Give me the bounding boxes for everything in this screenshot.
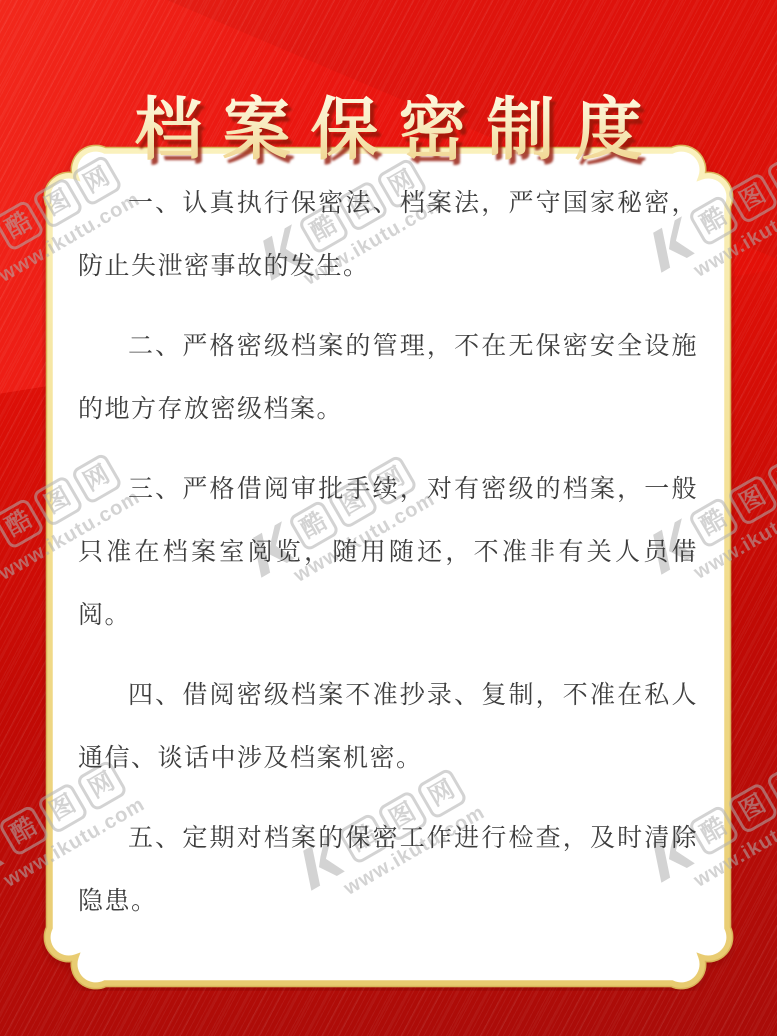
poster-title: 档案保密制度 (0, 76, 777, 173)
rule-item: 一、认真执行保密法、档案法，严守国家秘密，防止失泄密事故的发生。 (78, 172, 698, 298)
poster: { "title": "档案保密制度", "card": { "rules": … (0, 0, 777, 1036)
rule-item: 四、借阅密级档案不准抄录、复制，不准在私人通信、谈话中涉及档案机密。 (78, 664, 698, 790)
rule-item: 二、严格密级档案的管理，不在无保密安全设施的地方存放密级档案。 (78, 315, 698, 441)
rules-list: 一、认真执行保密法、档案法，严守国家秘密，防止失泄密事故的发生。 二、严格密级档… (78, 172, 698, 950)
rule-item: 五、定期对档案的保密工作进行检查，及时清除隐患。 (78, 807, 698, 933)
rule-item: 三、严格借阅审批手续，对有密级的档案，一般只准在档案室阅览，随用随还，不准非有关… (78, 458, 698, 647)
